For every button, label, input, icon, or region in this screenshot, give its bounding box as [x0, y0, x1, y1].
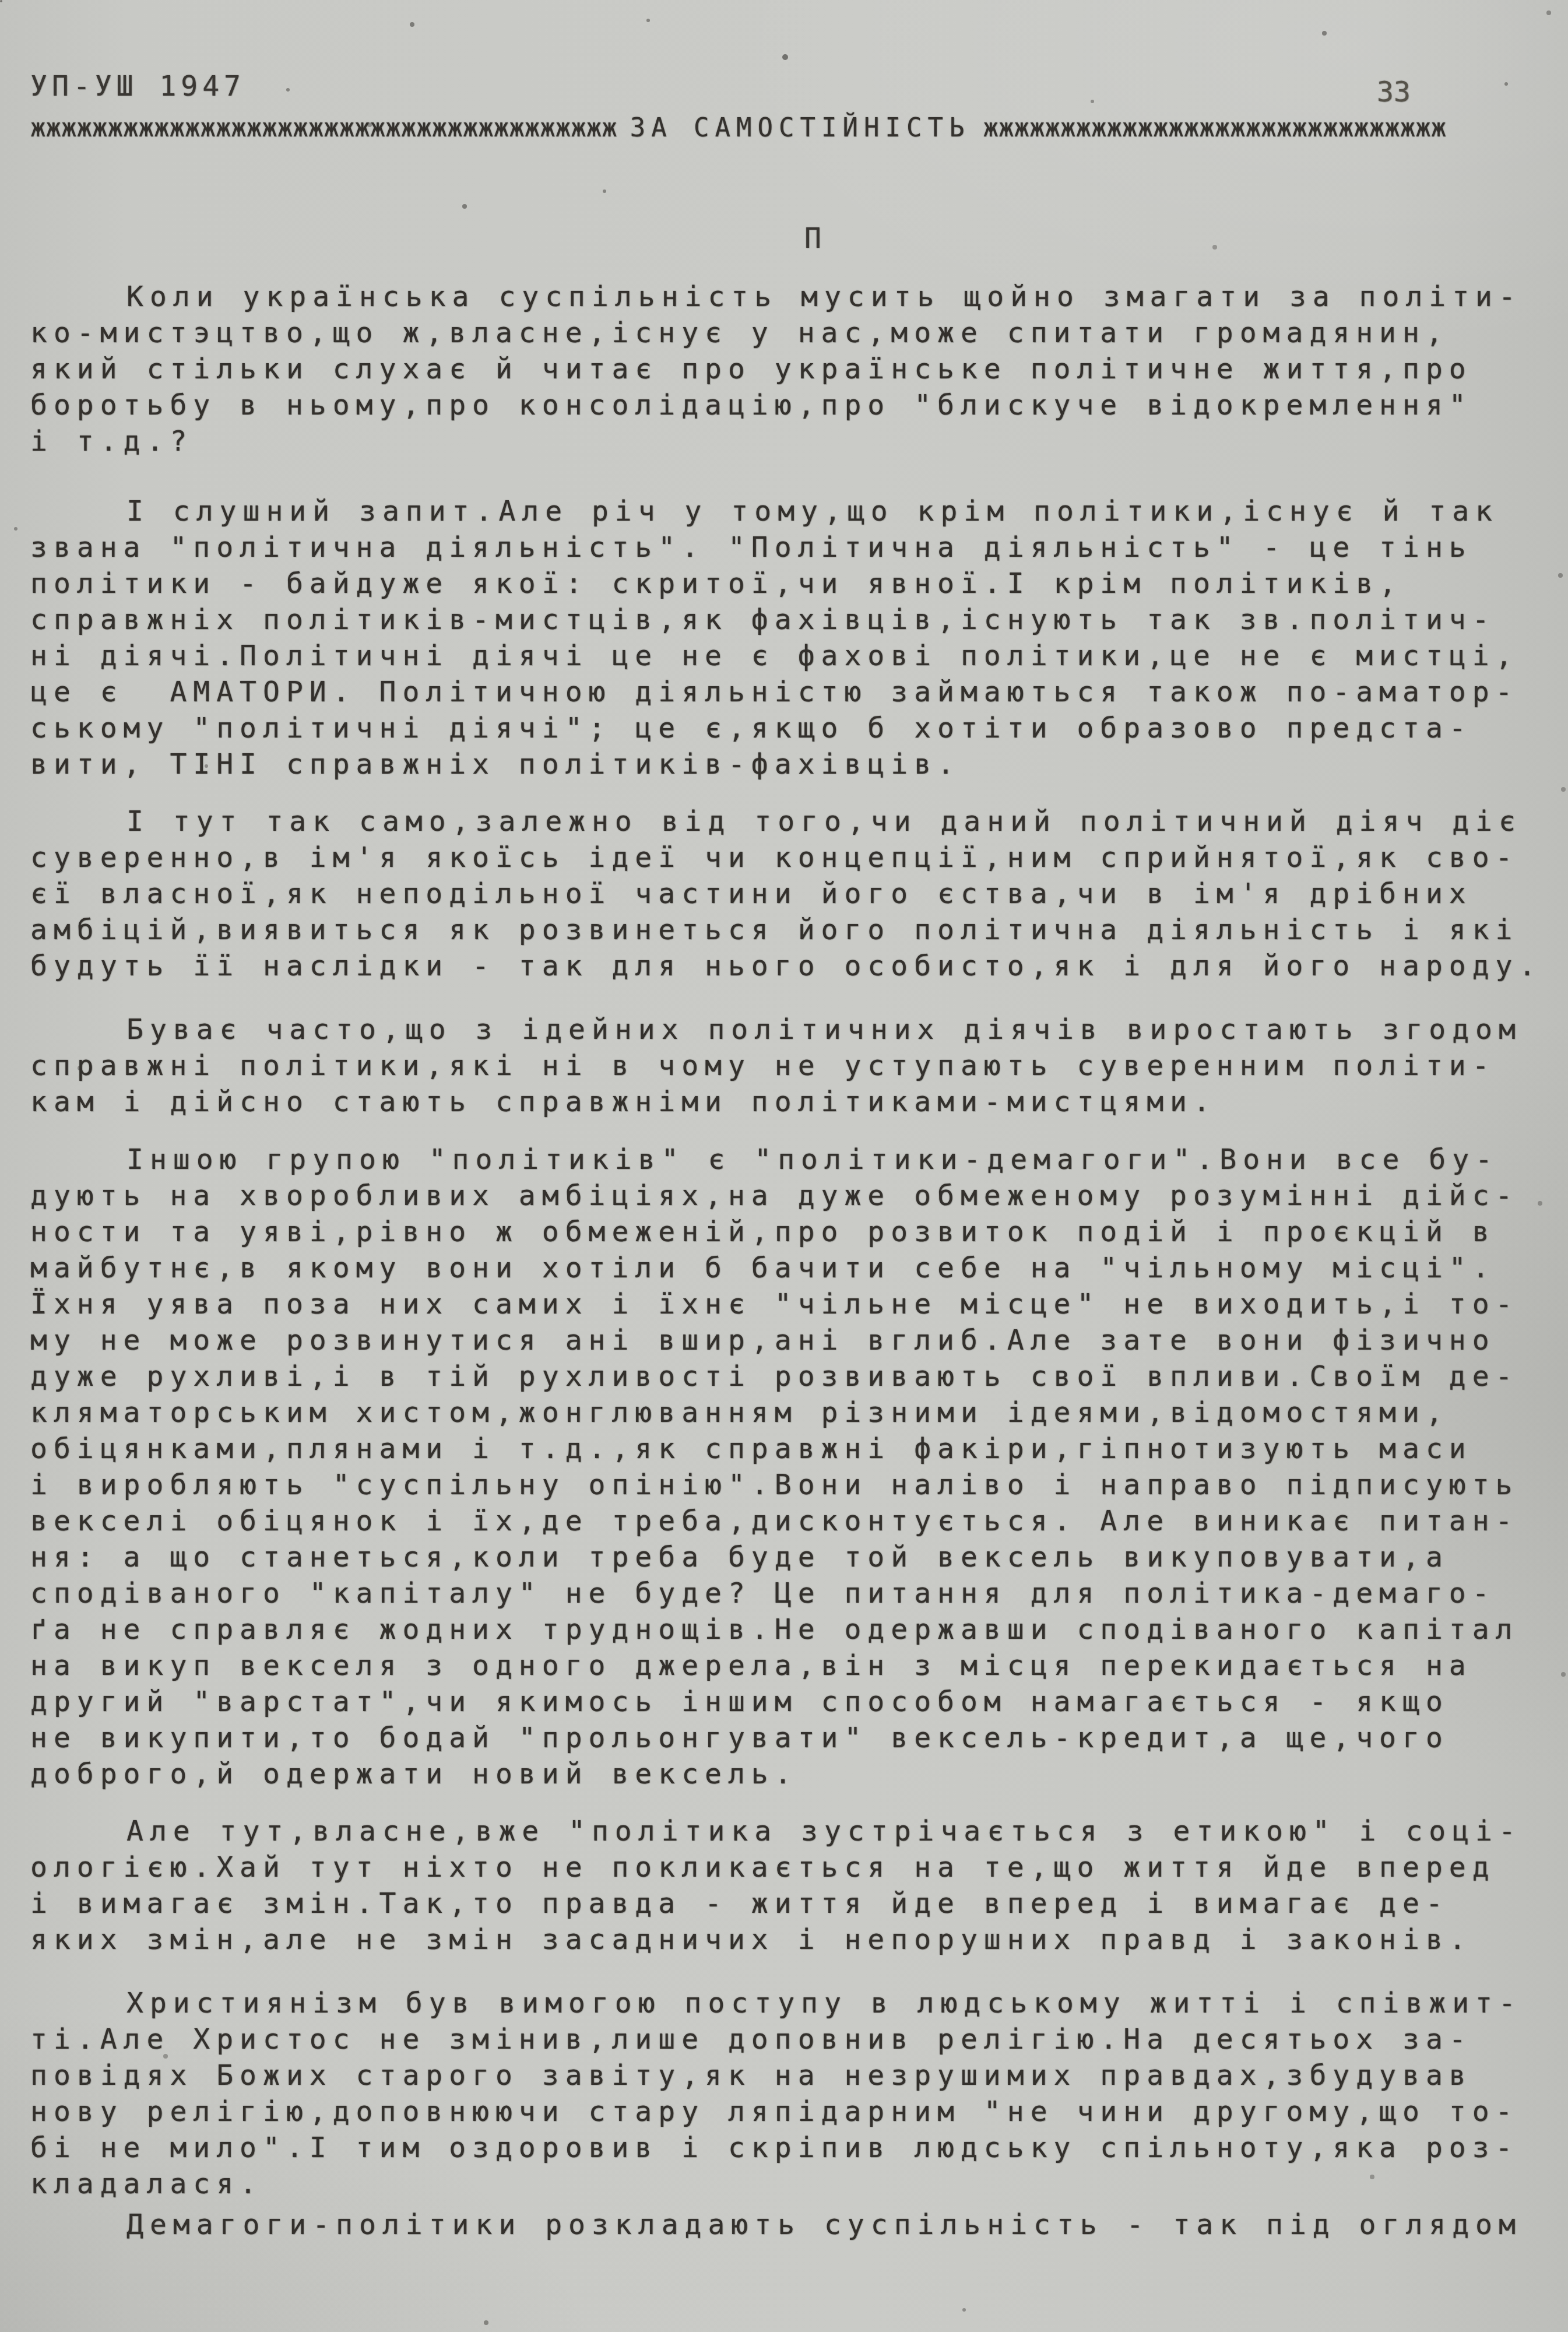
paragraph-3: І тут так само,залежно від того,чи даний…: [30, 803, 1542, 984]
page-number: 33: [1377, 74, 1411, 110]
paragraph-1: Коли українська суспільність мусить щойн…: [30, 279, 1522, 459]
paragraph-2: І слушний запит.Але річ у тому,що крім п…: [30, 493, 1519, 782]
paragraph-4: Буває часто,що з ідейних політичних діяч…: [30, 1012, 1522, 1120]
paragraph-5: Іншою групою "політиків" є "політики-дем…: [30, 1142, 1519, 1792]
section-heading: П: [804, 220, 821, 257]
issue-label: УП-УШ 1947: [30, 68, 245, 104]
paragraph-6: Але тут,власне,вже "політика зустрічаєть…: [30, 1813, 1522, 1958]
paragraph-7: Християнізм був вимогою поступу в людськ…: [30, 1985, 1522, 2202]
paragraph-8: Демагоги-політики розкладають суспільніс…: [30, 2207, 1522, 2243]
masthead: жжжжжжжжжжжжжжжжжжжжжжжжжжжжжжжжжжжжжжЗА…: [30, 114, 1446, 142]
masthead-right-fill: жжжжжжжжжжжжжжжжжжжжжжжжжжжжжж: [983, 113, 1446, 143]
document-page: УП-УШ 1947 33 жжжжжжжжжжжжжжжжжжжжжжжжжж…: [0, 0, 1568, 2332]
masthead-title: ЗА САМОСТІЙНІСТЬ: [630, 113, 971, 143]
masthead-left-fill: жжжжжжжжжжжжжжжжжжжжжжжжжжжжжжжжжжжжжж: [30, 113, 617, 143]
paper-specks: [0, 0, 2, 2]
